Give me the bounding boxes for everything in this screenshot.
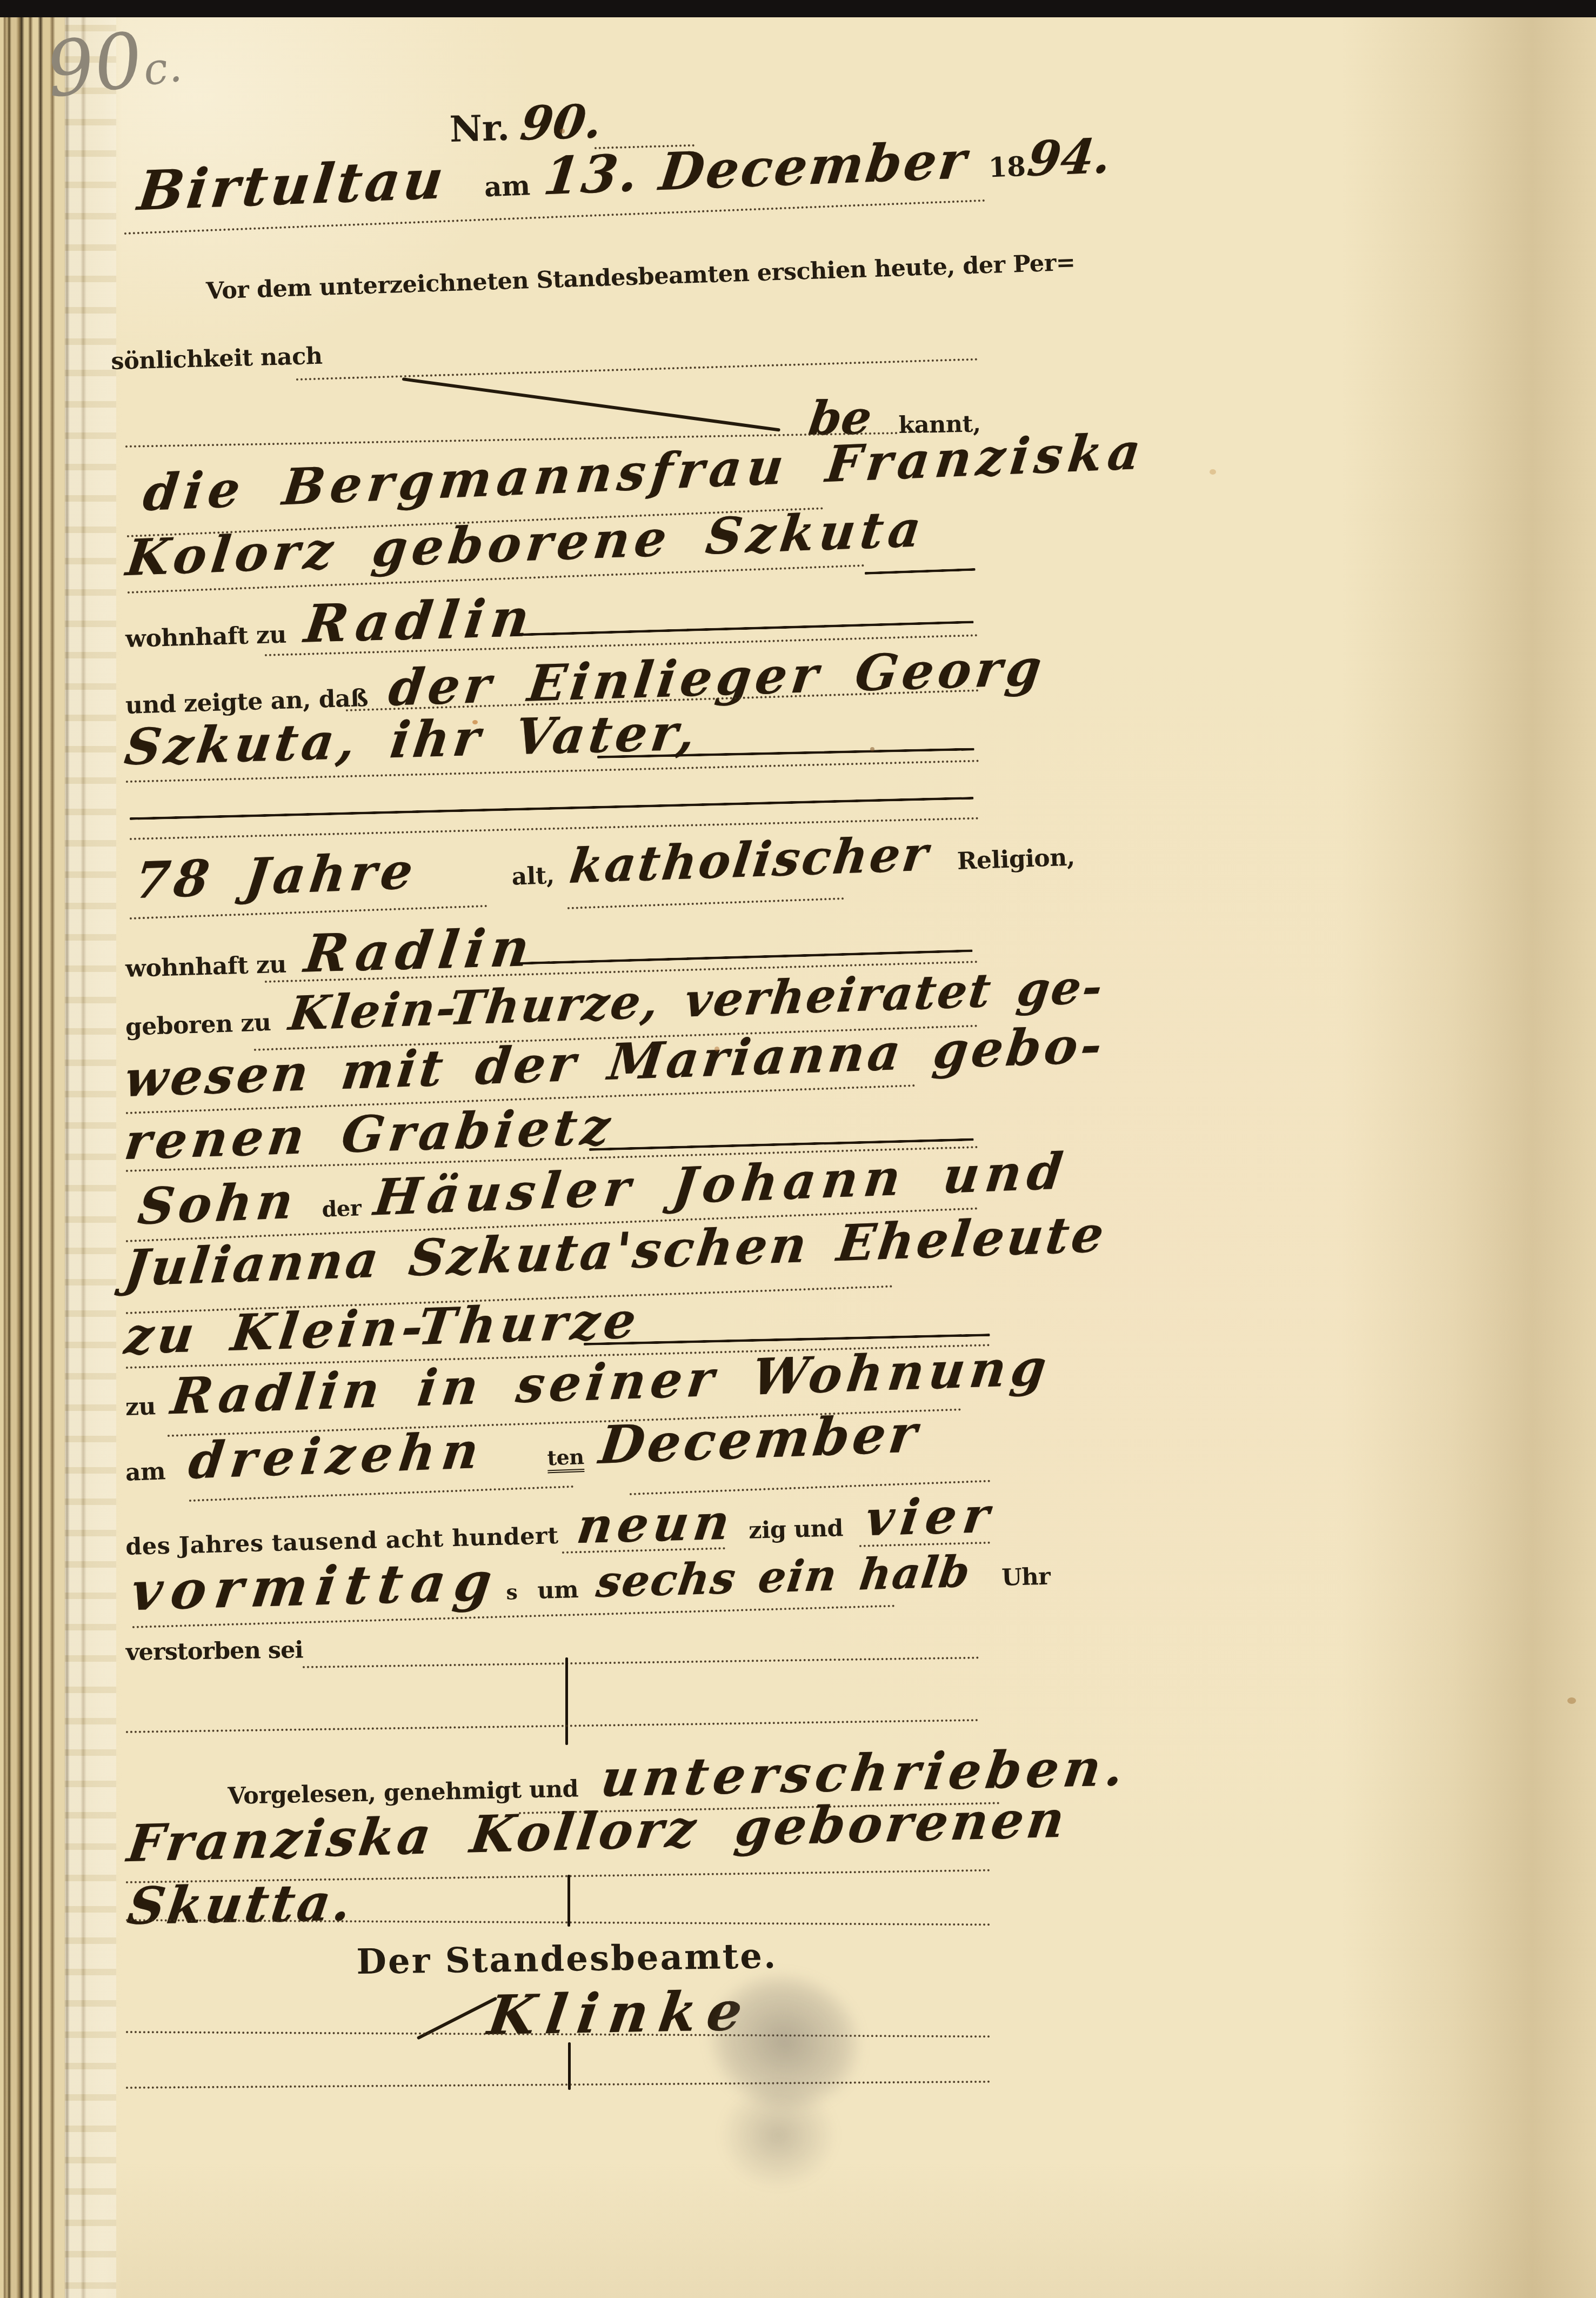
residence-label-2: wohnhaft zu (125, 951, 286, 983)
dotted-rule (303, 1657, 979, 1668)
death-statement-line: verstorben sei (125, 1638, 303, 1664)
pencil-number-main: 90 (41, 16, 148, 115)
foxing-speck (714, 1047, 719, 1051)
declarant-line-1: die Bergmannsfrau Franziska (143, 426, 1146, 518)
filler-stroke (513, 621, 974, 636)
place-date-line: Birtultau am 13. December 18 94. (137, 126, 1112, 218)
alt-label: alt, (511, 862, 555, 891)
dotted-rule (296, 358, 978, 381)
year-tens-hand: neun (574, 1497, 737, 1550)
record-number-label: Nr. (449, 106, 510, 150)
record-number-line: Nr. 90. (449, 98, 603, 149)
zig-printed: zig und (748, 1515, 843, 1544)
zu-printed: zu (125, 1393, 156, 1421)
day-month-value: 13. December (541, 135, 971, 203)
informant-signature-2: Skutta. (125, 1877, 357, 1933)
scan-edge-top (0, 0, 1596, 17)
religion-value: katholischer (567, 829, 933, 890)
year-value: 94. (1025, 132, 1114, 183)
age-value: 78 Jahre (132, 846, 420, 906)
daypart-hand: vormittag (128, 1555, 503, 1618)
am-label: am (484, 169, 531, 203)
sohn-hand: Sohn (136, 1176, 300, 1232)
year-ones-hand: vier (863, 1491, 999, 1543)
am-printed: am (125, 1457, 166, 1487)
dotted-rule (567, 897, 844, 909)
time-hand: sechs ein halb (595, 1550, 974, 1604)
residence-value-1: Radlin (302, 592, 538, 650)
century-printed: 18 (988, 150, 1026, 184)
intro-text-2: sönlichkeit nach (111, 343, 323, 375)
deceased-name-text: Szkuta, ihr Vater, (122, 707, 702, 772)
pencil-number-suffix: c. (141, 41, 184, 95)
religion-label: Religion, (957, 843, 1075, 875)
intro-text-1: Vor dem unterzeichneten Standesbeamten e… (205, 249, 1076, 305)
foxing-speck (560, 129, 565, 134)
pencil-page-number: 90c. (42, 18, 185, 109)
foxing-speck (472, 720, 478, 724)
foxing-speck (1210, 469, 1216, 475)
ink-tick-mark (568, 2042, 571, 2090)
cancel-stroke (402, 377, 780, 432)
intro-line-2: sönlichkeit nach (111, 345, 323, 374)
scanned-death-record-page: 90c. Nr. 90. Birtultau am 13. December 1… (0, 0, 1596, 2298)
der-printed: der (321, 1195, 362, 1222)
form-content: 90c. Nr. 90. Birtultau am 13. December 1… (0, 0, 1596, 2298)
report-value: der Einlieger Georg (386, 642, 1049, 713)
parents-value-3: zu Klein-Thurze (122, 1295, 643, 1361)
declarant-text-1: die Bergmannsfrau Franziska (141, 426, 1148, 518)
parents-line-3: zu Klein-Thurze (124, 1295, 640, 1361)
death-day-value: dreizehn (186, 1425, 488, 1486)
filler-stroke (865, 568, 976, 575)
dotted-rule (126, 1719, 979, 1733)
birth-line-3: renen Grabietz (124, 1102, 615, 1167)
deceased-name-line: Szkuta, ihr Vater, (125, 707, 699, 772)
foxing-speck (1567, 1697, 1576, 1704)
record-number-value: 90. (518, 98, 605, 148)
residence-value-2: Radlin (302, 922, 538, 980)
birth-value-3: renen Grabietz (122, 1101, 617, 1167)
place-name: Birtultau (135, 152, 449, 218)
intro-line-1: Vor dem unterzeichneten Standesbeamten e… (206, 251, 1076, 303)
ink-tick-mark (567, 1875, 570, 1927)
death-statement-text: verstorben sei (125, 1636, 303, 1666)
filler-stroke (130, 797, 974, 820)
s-printed: s (506, 1580, 518, 1604)
uhr-printed: Uhr (1001, 1563, 1051, 1591)
residence-label-1: wohnhaft zu (125, 621, 286, 653)
ten-printed: ten (547, 1444, 585, 1473)
birth-label: geboren zu (125, 1009, 271, 1041)
death-month-value: December (597, 1408, 923, 1471)
residence-line-1: wohnhaft zu Radlin (124, 592, 536, 655)
informant-signature-line-2: Skutta. (128, 1877, 353, 1932)
foxing-speck (870, 747, 874, 751)
ink-smudge-lower (719, 2081, 838, 2189)
ink-tick-mark (565, 1657, 568, 1745)
um-printed: um (537, 1576, 579, 1604)
